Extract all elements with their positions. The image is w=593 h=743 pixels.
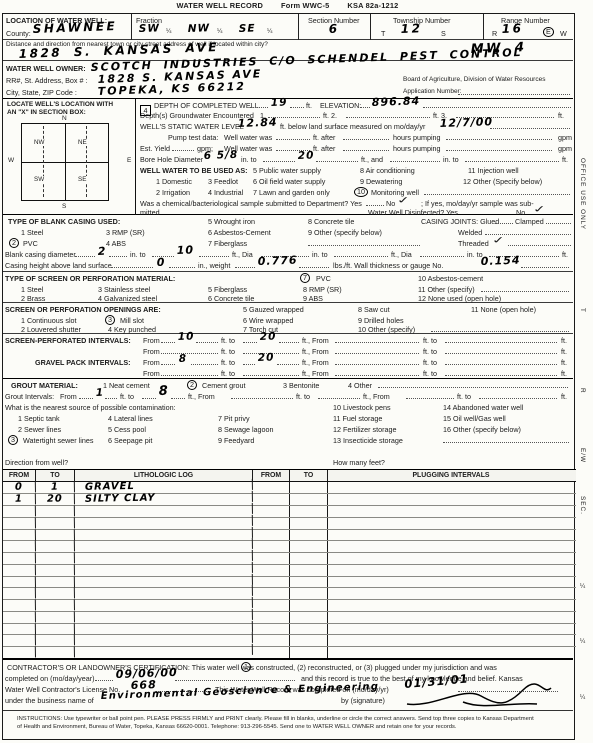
leader [481,285,569,292]
table-row [3,553,576,565]
casing-ft: ft. [562,250,568,259]
depth-value: 19 [271,96,288,109]
leader [235,261,255,268]
cell-from [3,623,36,634]
use-option-2: 2 Irrigation [156,188,190,197]
gi-from: From [60,392,77,401]
contamination-option-1: 1 Septic tank [18,414,60,423]
casing-title: TYPE OF BLANK CASING USED: [8,217,120,226]
cell-plug-from [253,624,290,635]
leader [406,392,454,399]
contamination-option-10: 10 Livestock pens [333,403,391,412]
bore-diameter: 6 5/8 [204,149,239,162]
leader [175,674,295,681]
leader [465,155,559,162]
form-body: LOCATION OF WATER WELL: County: SHAWNEE … [2,13,575,740]
cell-to: 1 [36,481,75,493]
leader [423,101,571,108]
gravel-interval-from: 8 [179,353,188,365]
leader [420,250,464,257]
cell-from [3,588,36,599]
contamination-question: What is the nearest source of possible c… [5,403,176,412]
si-ft: ft. [561,336,567,345]
locate-instruction-2: AN "X" IN SECTION BOX: [7,109,86,116]
lithologic-table-body: 0 1 GRAVEL 1 20 SILTY CLAY [3,482,576,658]
gp2-ft-from: ft., From [302,369,329,378]
cell-from: 0 [3,481,36,493]
leader [445,369,557,376]
signature [403,682,553,710]
use-label: WELL WATER TO BE USED AS: [140,166,248,175]
cell-plug [328,482,574,493]
cell-plug [328,565,574,576]
screen-option-7-circled: 7 [300,273,310,283]
range-r: R [492,29,497,38]
leader [75,250,95,257]
contamination-option-15: 15 Oil well/Gas well [443,414,506,423]
leader [360,101,370,108]
cell-plug [328,612,574,623]
cell-to [36,541,75,552]
instructions-line-1: INSTRUCTIONS: Use typewriter or ball poi… [17,716,534,722]
direction-from-well-label: Direction from well? [5,458,68,467]
leader [231,392,293,399]
screen-option-10: 10 Asbestos-cement [418,274,483,283]
table-row [3,577,576,589]
gw-2: ft. 2. [323,111,337,120]
cell-from: 1 [3,493,36,505]
static-mid: ft. below land surface measured on mo/da… [280,122,425,131]
contamination-section: What is the nearest source of possible c… [3,401,573,469]
si-ft-to: ft. to [221,336,235,345]
screen-option-12: 12 None used (open hole) [418,294,501,303]
cell-to [36,611,75,622]
leader [335,336,419,343]
casing-option-3: 3 RMP (SR) [106,228,145,237]
screen-interval-from: 10 [178,330,195,343]
gi-ft-from-2: ft., From [363,392,390,401]
cell-from [3,600,36,611]
certification-line1-post: constructed, (2) reconstructed, or (3) p… [256,663,497,672]
cell-to [36,588,75,599]
gp-ft-from: ft., From [302,358,329,367]
leader [335,358,419,365]
openings-option-11: 11 None (open hole) [471,305,536,314]
table-row [3,541,576,553]
casing-joints-label: CASING JOINTS: Glued [421,217,499,226]
leader [95,674,113,681]
cell-plug [328,494,574,505]
margin-ew-label: E/W [579,448,586,463]
cell-plug-to [290,647,328,658]
leader [161,358,175,365]
leader [445,358,557,365]
screen-option-9: 9 ABS [303,294,323,303]
leader [171,392,185,399]
leader [546,217,571,224]
by-signature-label: by (signature) [341,696,385,705]
contamination-option-6: 6 Seepage pit [108,436,152,445]
si2-from: From [143,347,160,356]
sample-no-checkmark: ✓ [395,196,412,207]
fraction-3: SE [239,22,256,35]
leader [445,347,557,354]
grout-option-2-label: Cement grout [202,381,246,390]
header-from-2: FROM [253,470,290,481]
compass-s: S [62,203,66,210]
lithologic-table: FROM TO LITHOLOGIC LOG FROM TO PLUGGING … [3,469,576,658]
quadrant-ne: NE [77,139,88,146]
elevation-label: ELEVATION: [320,101,361,110]
table-row [3,565,576,577]
sample-question: Was a chemical/bacteriological sample su… [140,199,362,208]
openings-option-3-label: Mill slot [120,316,144,325]
cell-plug-from [253,600,290,611]
casing-wall-label: lbs./ft. Wall thickness or gauge No. [333,261,443,270]
screen-option-4: 4 Galvanized steel [98,294,157,303]
cell-to: 20 [36,493,75,505]
pump-4: gpm [558,133,572,142]
form-statute: KSA 82a-1212 [347,1,398,10]
yield-label: Est. Yield [140,144,170,153]
cell-plug [328,624,574,635]
constructed-circled: 1 [241,662,251,672]
water-well-record-form: WATER WELL RECORDForm WWC-5KSA 82a-1212 … [0,0,593,743]
bore-to-depth: 20 [298,149,315,162]
yield-4: hours pumping [393,144,441,153]
cell-to [36,599,75,610]
cell-plug-from [253,530,290,541]
cell-to [36,517,75,528]
leader [250,101,268,108]
divider [483,14,484,40]
cell-plug [328,635,574,646]
screen-option-2: 2 Brass [21,294,45,303]
instructions-section: INSTRUCTIONS: Use typewriter or ball poi… [3,710,573,739]
township-value: 12 [401,21,423,36]
cell-plug-to [290,624,328,635]
location-row: LOCATION OF WATER WELL: County: SHAWNEE … [3,14,573,40]
gravel-intervals-label: GRAVEL PACK INTERVALS: [35,358,131,367]
leader [196,336,218,343]
contamination-option-16: 16 Other (specify below) [443,425,521,434]
grout-intervals-label: Grout Intervals: [5,392,54,401]
leader [169,261,195,268]
leader [199,250,229,257]
leader [161,347,218,354]
section-box: NW NE SW SE [21,123,109,201]
cell-plug-to [290,506,328,517]
leader [343,133,389,140]
well-details-pane: 4 DEPTH OF COMPLETED WELL 19 ft. ELEVATI… [138,99,576,215]
quadrant-sw: SW [33,176,45,183]
static-value: 12.84 [238,116,278,130]
si2-ft-to: ft. to [221,347,235,356]
leader [299,261,329,268]
cell-plug-from [253,482,290,493]
board-label: Board of Agriculture, Division of Water … [403,76,545,83]
county-value: SHAWNEE [33,19,118,36]
margin-section-label: SEC. [579,496,586,515]
gi-ft-to: ft. to [120,392,134,401]
quarter-2: ¼ [217,28,222,35]
margin-quarter-2: ¼ [579,638,586,646]
depth-label: DEPTH OF COMPLETED WELL [154,101,259,110]
grout-section: GROUT MATERIAL: 1 Neat cement 2 Cement g… [3,378,573,401]
contamination-option-8: 8 Sewage lagoon [218,425,274,434]
leader [508,239,571,246]
cell-to [36,635,75,646]
cell-from [3,564,36,575]
business-name-label: under the business name of [5,696,94,705]
table-row [3,600,576,612]
leader [490,122,570,129]
leader [161,336,175,343]
gp2-ft: ft. [561,369,567,378]
leader [111,261,153,268]
grout-from-value: 1 [96,387,105,399]
gp-ft-to: ft. to [221,358,235,367]
cell-plug-to [290,541,328,552]
cell-plug [328,530,574,541]
cell-plug-to [290,635,328,646]
range-w: W [560,29,567,38]
yield-3: ft. after [313,144,335,153]
leader [191,358,218,365]
screen-option-1: 1 Steel [21,285,43,294]
cell-log [75,644,253,658]
yield-5: gpm [558,144,572,153]
header-from: FROM [3,470,36,481]
gravel-interval-to: 20 [258,351,275,364]
cell-to [36,576,75,587]
threaded-checkmark: ✓ [490,236,507,247]
depth-unit: ft. [306,101,312,110]
leader [243,369,299,376]
grout-option-3: 3 Bentonite [283,381,319,390]
si2-ft-to-2: ft. to [423,347,437,356]
range-east-circled: E [543,27,554,37]
header-plugging-intervals: PLUGGING INTERVALS [328,470,574,481]
divider [370,14,371,40]
screen-option-7-label: PVC [316,274,331,283]
openings-option-4: 4 Key punched [108,325,156,334]
contamination-option-9: 9 Feedyard [218,436,254,445]
cell-plug-to [290,518,328,529]
casing-weight-value: 0.776 [258,254,298,268]
cell-plug-from [253,565,290,576]
casing-clamped: Clamped [515,217,544,226]
casing-welded: Welded [458,228,482,237]
grout-option-2-circled: 2 [187,380,197,390]
cell-plug-from [253,588,290,599]
bore-in-to: in. to [241,155,257,164]
table-row [3,647,576,658]
cell-from [3,552,36,563]
gp-from: From [143,358,160,367]
contamination-option-3-label: Watertight sewer lines [23,436,93,445]
contamination-option-14: 14 Abandoned water well [443,403,523,412]
use-option-6: 6 Oil field water supply [253,177,325,186]
contamination-option-5: 5 Cess pool [108,425,146,434]
locate-instruction-1: LOCATE WELL'S LOCATION WITH [7,101,113,108]
form-title: WATER WELL RECORD [177,1,263,10]
leader [308,239,420,246]
leader [446,133,552,140]
casing-option-6: 6 Asbestos-Cement [208,228,271,237]
leader [277,358,299,365]
casing-height-value: 0 [157,256,166,269]
use-option-5: 5 Public water supply [253,166,321,175]
cell-from [3,505,36,516]
margin-township-label: T [579,308,586,313]
cell-plug [328,588,574,599]
cell-plug-to [290,530,328,541]
compass-n: N [62,115,67,122]
grout-title: GROUT MATERIAL: [11,381,78,390]
leader [445,336,557,343]
margin-quarter-1: ¼ [579,583,586,591]
cell-plug [328,518,574,529]
cell-plug [328,553,574,564]
leader [446,144,552,151]
grout-to-value: 8 [158,384,169,399]
leader [495,217,513,224]
openings-option-8: 8 Saw cut [358,305,390,314]
sample-if-yes: ; If yes, mo/day/yr sample was sub- [421,199,534,208]
si2-ft-from: ft., From [302,347,329,356]
owner-city-label: City, State, ZIP Code : [6,88,77,97]
cell-to [36,505,75,516]
casing-ft-dia-2: ft., Dia [391,250,412,259]
pump-3: hours pumping [393,133,441,142]
openings-option-9: 9 Drilled holes [358,316,404,325]
table-row [3,635,576,647]
screen-option-8: 8 RMP (SR) [303,285,342,294]
cell-plug-from [253,541,290,552]
screen-option-5: 5 Fiberglass [208,285,247,294]
compass-e: E [127,157,131,164]
casing-option-1: 1 Steel [21,228,43,237]
casing-diameter-label: Blank casing diameter [5,250,76,259]
cell-to [36,564,75,575]
use-option-4: 4 Industrial [208,188,243,197]
pump-label: Pump test data: [168,133,218,142]
leader [366,199,384,206]
casing-weight-label: in., weight [198,261,230,270]
fraction-1: SW [139,22,161,35]
cell-plug [328,647,574,658]
quarter-3: ¼ [267,28,272,35]
contamination-option-3-circled: 3 [8,435,18,445]
leader [276,133,310,140]
openings-option-5: 5 Gauzed wrapped [243,305,304,314]
casing-in-to-2: in. to [312,250,328,259]
township-t: T [381,29,385,38]
use-option-7: 7 Lawn and garden only [253,188,330,197]
header-to: TO [36,470,75,481]
county-label: County: [6,29,31,38]
openings-section: SCREEN OR PERFORATION OPENINGS ARE: 5 Ga… [3,303,573,334]
cell-to [36,647,75,658]
intervals-section: SCREEN-PERFORATED INTERVALS: From 10 ft.… [3,334,573,378]
table-row: 0 1 GRAVEL [3,482,576,494]
compass-w: W [8,157,14,164]
table-row [3,588,576,600]
leader [335,347,419,354]
leader [109,250,127,257]
openings-title: SCREEN OR PERFORATION OPENINGS ARE: [5,305,161,314]
bore-ft: ft. [562,155,568,164]
leader [485,228,571,235]
margin-range-label: R [579,388,586,394]
contamination-option-2: 2 Sewer lines [18,425,61,434]
leader [161,369,218,376]
openings-option-6: 6 Wire wrapped [243,316,293,325]
leader [334,250,388,257]
gp2-ft-to: ft. to [221,369,235,378]
section-number-value: 6 [329,22,340,36]
cell-plug [328,506,574,517]
how-many-feet-label: How many feet? [333,458,385,467]
cell-plug-from [253,647,290,658]
leader [105,392,117,399]
screen-option-6: 6 Concrete tile [208,294,254,303]
table-row [3,612,576,624]
owner-city-row: City, State, ZIP Code : TOPEKA, KS 66212… [3,86,573,99]
section-box-dash [43,126,44,197]
leader [142,392,156,399]
use-option-8: 8 Air conditioning [360,166,415,175]
pump-1: Well water was [224,133,272,142]
owner-label: WATER WELL OWNER: [6,64,86,73]
leader [316,155,358,162]
certification-section: CONTRACTOR'S OR LANDOWNER'S CERTIFICATIO… [3,658,573,710]
cell-plug-to [290,588,328,599]
cell-plug-to [290,565,328,576]
leader [335,369,419,376]
divider [298,14,299,40]
cell-plug-from [253,506,290,517]
si-from: From [143,336,160,345]
fraction-2: NW [188,22,211,35]
details-zone: LOCATE WELL'S LOCATION WITH AN "X" IN SE… [3,99,573,215]
openings-option-2: 2 Louvered shutter [21,325,81,334]
screen-option-3: 3 Stainless steel [98,285,150,294]
leader [79,392,93,399]
table-row: 1 20 SILTY CLAY [3,494,576,506]
si-ft-from: ft., From [302,336,329,345]
leader [243,358,255,365]
instructions-line-2: of Health and Environment, Bureau of Wat… [17,724,457,730]
si-ft-to-2: ft. to [423,336,437,345]
grout-option-4: 4 Other [348,381,372,390]
casing-option-5: 5 Wrought iron [208,217,255,226]
gp2-ft-to-2: ft. to [423,369,437,378]
use-option-11: 11 Injection well [468,166,519,175]
casing-section: TYPE OF BLANK CASING USED: 5 Wrought iro… [3,215,573,272]
cell-plug-from [253,577,290,588]
contamination-option-12: 12 Fertilizer storage [333,425,397,434]
screen-material-title: TYPE OF SCREEN OR PERFORATION MATERIAL: [5,274,175,283]
section-box-dash [86,126,87,197]
cell-plug-from [253,553,290,564]
cell-plug [328,541,574,552]
gw-4: ft. [558,111,564,120]
leader [243,336,257,343]
cell-to [36,623,75,634]
quadrant-se: SE [77,176,87,183]
